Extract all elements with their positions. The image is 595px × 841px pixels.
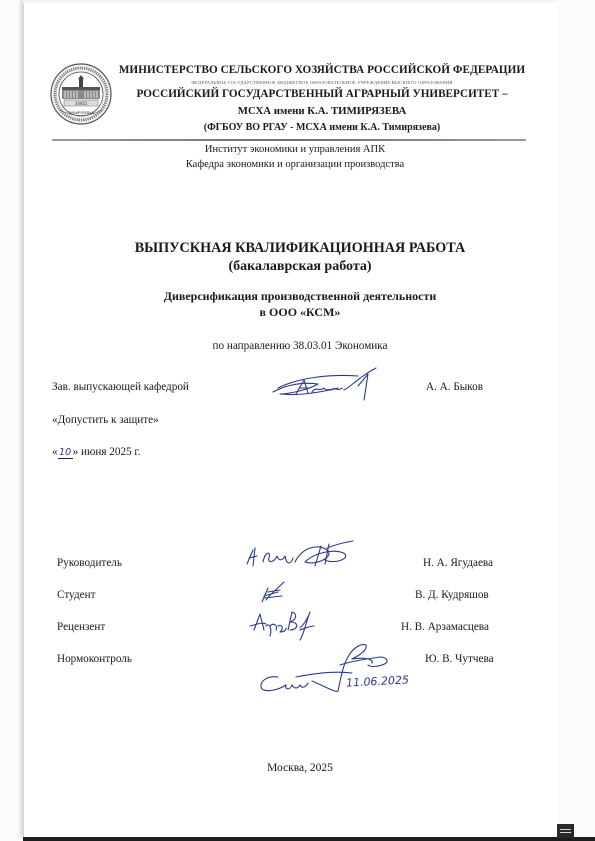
scanner-bottom-band [23, 837, 595, 841]
head-of-department-label: Зав. выпускающей кафедрой [52, 381, 189, 393]
name-student: В. Д. Кудряшов [415, 589, 489, 601]
role-normcontrol: Нормоконтроль [57, 653, 132, 665]
city-year: Москва, 2025 [200, 762, 400, 774]
document-title: ВЫПУСКНАЯ КВАЛИФИКАЦИОННАЯ РАБОТА [60, 240, 540, 257]
department-name: Кафедра экономики и организации производ… [140, 159, 450, 170]
name-supervisor: Н. А. Ягудаева [423, 557, 493, 569]
institution-type: ФЕДЕРАЛЬНОЕ ГОСУДАРСТВЕННОЕ БЮДЖЕТНОЕ ОБ… [152, 80, 492, 85]
student-signature [258, 580, 288, 604]
date-month-year: » июня 2025 г. [73, 446, 141, 458]
role-supervisor: Руководитель [57, 557, 122, 569]
thesis-topic-line2: в ООО «КСМ» [60, 305, 540, 320]
university-emblem-icon: 1865 ТИМИРЯЗЕВКА [50, 63, 112, 125]
approval-date: «10» июня 2025 г. [52, 446, 141, 459]
name-normcontrol: Ю. В. Чутчева [425, 653, 494, 665]
thesis-topic-line1: Диверсификация производственной деятельн… [60, 289, 540, 304]
study-direction: по направлению 38.03.01 Экономика [60, 340, 540, 352]
university-short-name: (ФГБОУ ВО РГАУ - МСХА имени К.А. Тимиряз… [117, 122, 527, 133]
date-day-handwritten: 10 [58, 448, 73, 459]
name-reviewer: Н. В. Арзамасцева [401, 621, 489, 633]
ministry-name: МИНИСТЕРСТВО СЕЛЬСКОГО ХОЗЯЙСТВА РОССИЙС… [117, 64, 527, 76]
university-name-line2: МСХА имени К.А. ТИМИРЯЗЕВА [117, 105, 527, 117]
normcontrol-signature: 11.06.2025 [256, 637, 416, 697]
header-divider [52, 139, 526, 141]
emblem-year: 1865 [75, 101, 88, 107]
page-top-shade [23, 0, 557, 4]
head-of-department-name: А. А. Быков [426, 381, 483, 393]
document-subtitle: (бакалаврская работа) [60, 259, 540, 275]
university-name-line1: РОССИЙСКИЙ ГОСУДАРСТВЕННЫЙ АГРАРНЫЙ УНИВ… [117, 88, 527, 100]
head-signature [268, 366, 383, 404]
admit-to-defense-label: «Допустить к защите» [52, 414, 159, 426]
supervisor-signature [245, 540, 355, 572]
emblem-caption: ТИМИРЯЗЕВКА [67, 111, 95, 115]
scanner-corner-mark [557, 824, 574, 838]
role-student: Студент [57, 589, 95, 601]
role-reviewer: Рецензент [57, 621, 105, 633]
institute-name: Институт экономики и управления АПК [150, 144, 440, 155]
